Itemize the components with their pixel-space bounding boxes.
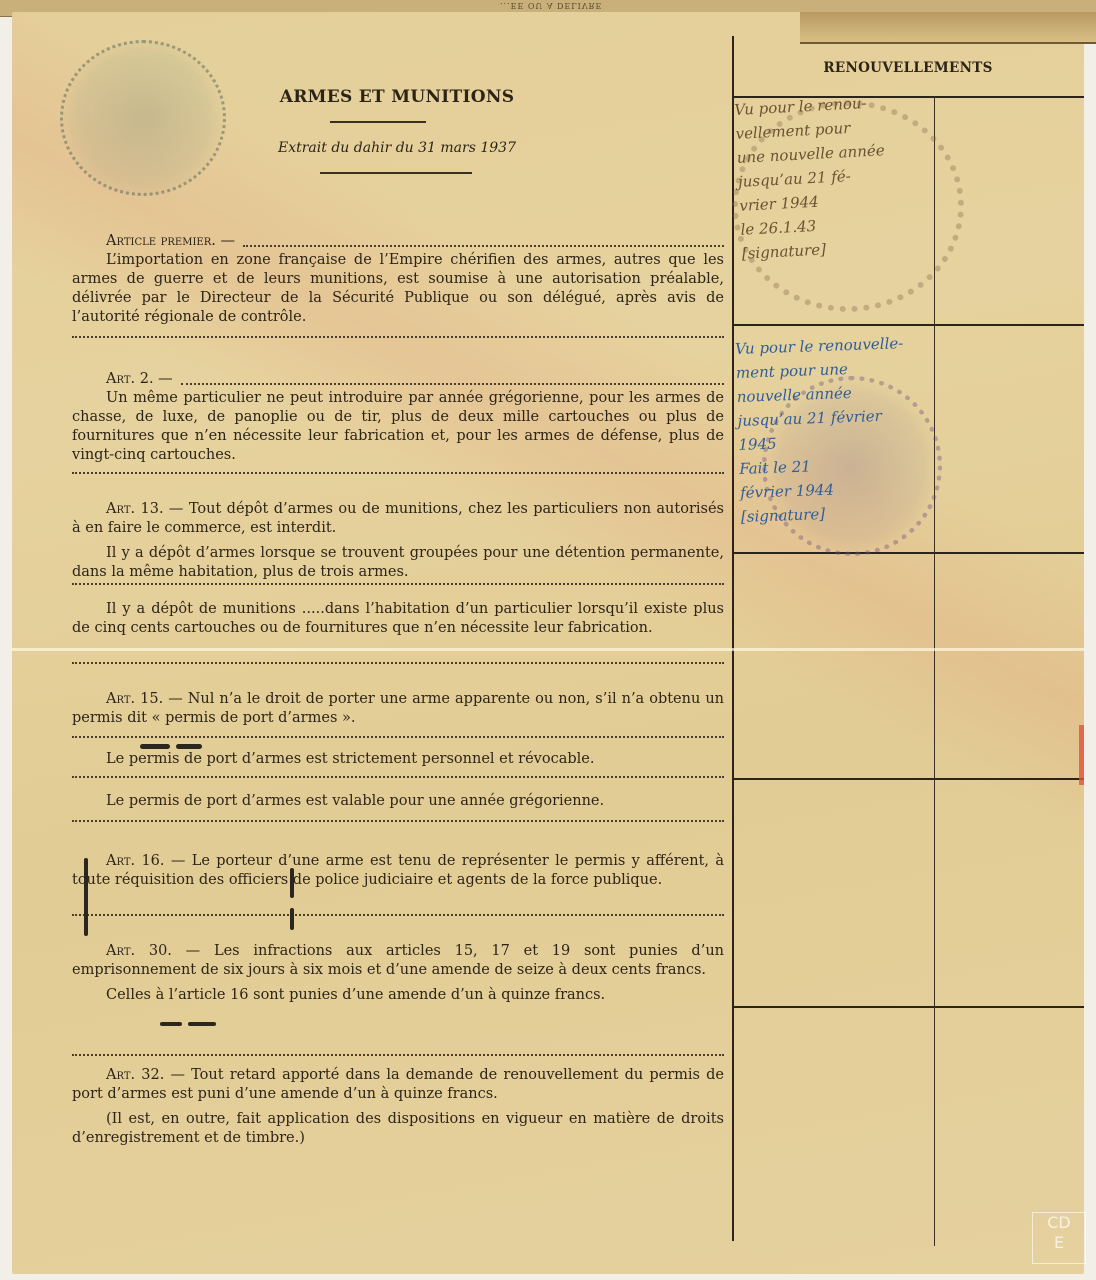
renewals-panel: RENOUVELLEMENTS Vu pour le renou- vellem… <box>732 36 1084 1241</box>
subtitle-rule <box>320 172 472 174</box>
pencil-underline-mark <box>176 744 202 749</box>
pencil-bracket-mark <box>290 908 294 930</box>
article-2: Art. 2. — Un même particulier ne peut in… <box>72 370 724 465</box>
table-rule <box>734 1006 1084 1008</box>
watermark-logo: CD E <box>1032 1212 1086 1264</box>
paper-fold-crease <box>12 648 1084 651</box>
table-rule <box>734 324 1084 326</box>
article-32: Art. 32. — Tout retard apporté dans la d… <box>72 1066 724 1148</box>
article-label: Art. 32. — <box>106 1067 185 1083</box>
article-paragraph: Il y a dépôt de munitions .....dans l’ha… <box>72 600 724 638</box>
dotted-separator <box>72 662 724 664</box>
article-paragraph: Art. 13. — Tout dépôt d’armes ou de muni… <box>72 500 724 538</box>
article-paragraph: Celles à l’article 16 sont punies d’une … <box>72 986 724 1005</box>
article-paragraph: L’importation en zone française de l’Emp… <box>72 251 724 327</box>
article-15-validity: Le permis de port d’armes est valable po… <box>72 792 724 811</box>
dotted-separator <box>72 914 724 916</box>
article-15-personal: Le permis de port d’armes est strictemen… <box>72 750 724 769</box>
article-paragraph: Le permis de port d’armes est valable po… <box>72 792 724 811</box>
article-paragraph: Il y a dépôt d’armes lorsque se trouvent… <box>72 544 724 582</box>
dotted-leader <box>181 383 724 385</box>
pencil-bracket-mark <box>84 858 88 936</box>
flap-text: ...ÉE OU A DÉLIVRE <box>500 1 602 10</box>
article-1: Article premier. — L’importation en zone… <box>72 232 724 327</box>
article-label: Art. 30. — <box>106 943 200 959</box>
red-edge-mark <box>1079 725 1084 785</box>
dotted-separator <box>72 336 724 338</box>
article-paragraph: Art. 32. — Tout retard apporté dans la d… <box>72 1066 724 1104</box>
dotted-separator <box>72 820 724 822</box>
table-rule <box>734 552 1084 554</box>
article-30: Art. 30. — Les infractions aux articles … <box>72 942 724 1005</box>
renewals-title: RENOUVELLEMENTS <box>732 60 1084 76</box>
article-paragraph: Art. 15. — Nul n’a le droit de porter un… <box>72 690 724 728</box>
pencil-underline-mark <box>188 1022 216 1026</box>
dotted-separator <box>72 776 724 778</box>
dotted-separator <box>72 583 724 585</box>
dotted-separator <box>72 472 724 474</box>
table-rule <box>734 778 1084 780</box>
article-label: Art. 2. — <box>106 370 181 389</box>
article-paragraph: Un même particulier ne peut introduire p… <box>72 389 724 465</box>
article-heading: Art. 2. — <box>72 370 724 389</box>
article-label: Art. 15. — <box>106 691 183 707</box>
article-heading: Article premier. — <box>72 232 724 251</box>
renewal-entry-2: Vu pour le renouvelle- ment pour une nou… <box>735 331 910 529</box>
article-paragraph: Le permis de port d’armes est strictemen… <box>72 750 724 769</box>
article-label: Art. 16. — <box>106 853 185 869</box>
article-label: Article premier. — <box>106 232 243 251</box>
dotted-separator <box>72 1054 724 1056</box>
renewal-entry-1: Vu pour le renou- vellement pour une nou… <box>734 90 891 266</box>
pencil-underline-mark <box>160 1022 182 1026</box>
article-16: Art. 16. — Le porteur d’une arme est ten… <box>72 852 724 890</box>
pencil-bracket-mark <box>290 868 294 898</box>
article-13-munitions: Il y a dépôt de munitions .....dans l’ha… <box>72 600 724 638</box>
article-paragraph: Art. 30. — Les infractions aux articles … <box>72 942 724 980</box>
page-subtitle: Extrait du dahir du 31 mars 1937 <box>212 139 582 158</box>
article-15: Art. 15. — Nul n’a le droit de porter un… <box>72 690 724 728</box>
title-rule <box>330 121 426 123</box>
regulations-column: ARMES ET MUNITIONS Extrait du dahir du 3… <box>72 80 724 174</box>
dotted-leader <box>243 245 724 247</box>
article-paragraph: Art. 16. — Le porteur d’une arme est ten… <box>72 852 724 890</box>
page-title: ARMES ET MUNITIONS <box>212 88 582 107</box>
pencil-underline-mark <box>140 744 170 749</box>
article-label: Art. 13. — <box>106 501 183 517</box>
article-paragraph: (Il est, en outre, fait application des … <box>72 1110 724 1148</box>
watermark-line-1: CD <box>1033 1213 1085 1233</box>
dotted-separator <box>72 736 724 738</box>
article-13: Art. 13. — Tout dépôt d’armes ou de muni… <box>72 500 724 582</box>
watermark-line-2: E <box>1033 1233 1085 1253</box>
